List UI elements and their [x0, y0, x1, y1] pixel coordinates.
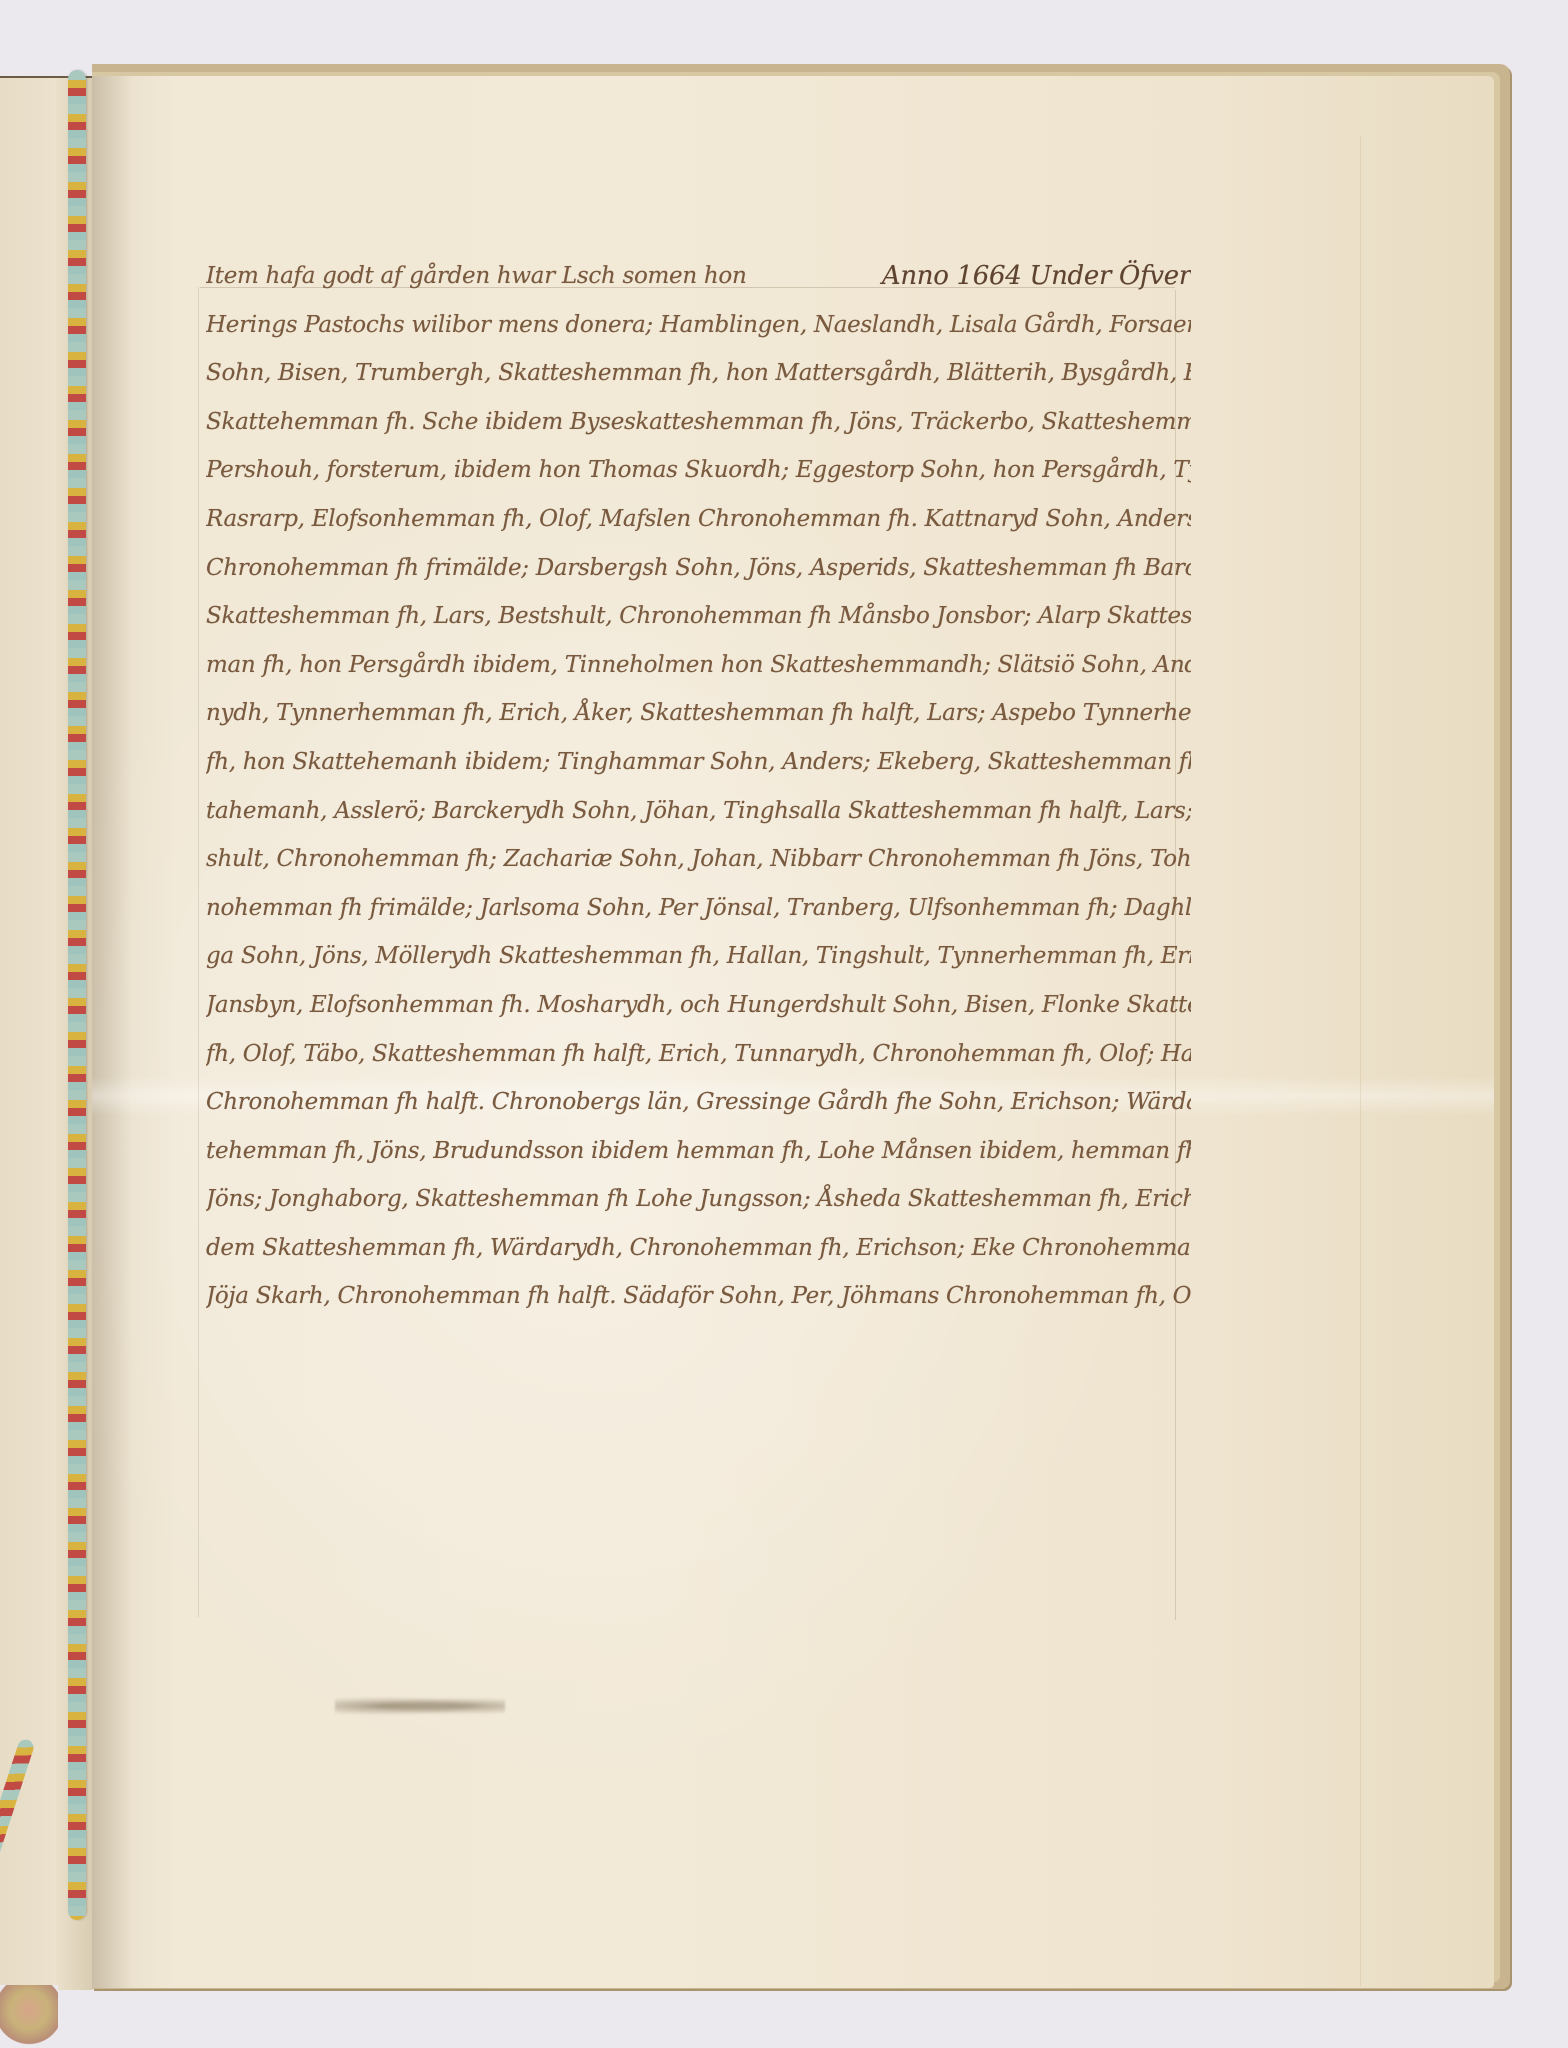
heading-right-anno: Anno 1664 Under Öfver [882, 252, 1191, 301]
text-line: nydh, Tynnerhemman fh, Erich, Åker, Skat… [206, 689, 1191, 738]
text-line: man fh, hon Persgårdh ibidem, Tinneholme… [206, 641, 1191, 690]
text-line: Sohn, Bisen, Trumbergh, Skatteshemman fh… [206, 349, 1191, 398]
ink-stain [335, 1695, 505, 1717]
cord-tassel [0, 1985, 58, 2048]
text-line: Skatteshemman fh, Lars, Bestshult, Chron… [206, 592, 1191, 641]
text-line: Jansbyn, Elofsonhemman fh. Mosharydh, oc… [206, 981, 1191, 1030]
text-line: fh, Olof, Täbo, Skatteshemman fh halft, … [206, 1030, 1191, 1079]
text-line: tehemman fh, Jöns, Brudundsson ibidem he… [206, 1127, 1191, 1176]
heading-line: Item hafa godt af gården hwar Lsch somen… [206, 252, 1191, 301]
text-line: dem Skatteshemman fh, Wärdarydh, Chronoh… [206, 1224, 1191, 1273]
text-line: shult, Chronohemman fh; Zachariæ Sohn, J… [206, 835, 1191, 884]
handwritten-text-block: Item hafa godt af gården hwar Lsch somen… [206, 252, 1191, 1321]
text-line: ga Sohn, Jöns, Möllerydh Skatteshemman f… [206, 932, 1191, 981]
ruled-margin-left [198, 287, 199, 1617]
text-line: fh, hon Skattehemanh ibidem; Tinghammar … [206, 738, 1191, 787]
text-line: Chronohemman fh halft. Chronobergs län, … [206, 1078, 1191, 1127]
text-line: Rasrarp, Elofsonhemman fh, Olof, Mafslen… [206, 495, 1191, 544]
text-line: Skattehemman fh. Sche ibidem Byseskattes… [206, 398, 1191, 447]
text-line: Pershouh, forsterum, ibidem hon Thomas S… [206, 446, 1191, 495]
binding-cord [68, 70, 86, 1920]
text-line: nohemman fh frimälde; Jarlsoma Sohn, Per… [206, 884, 1191, 933]
text-line: Jöja Skarh, Chronohemman fh halft. Sädaf… [206, 1272, 1191, 1321]
text-line: Herings Pastochs wilibor mens donera; Ha… [206, 301, 1191, 350]
scanned-book-spread: Item hafa godt af gården hwar Lsch somen… [0, 0, 1568, 2048]
text-line: tahemanh, Asslerö; Barckerydh Sohn, Jöha… [206, 787, 1191, 836]
text-line: Chronohemman fh frimälde; Darsbergsh Soh… [206, 544, 1191, 593]
heading-left: Item hafa godt af gården hwar Lsch somen… [206, 252, 746, 301]
text-line: Jöns; Jonghaborg, Skatteshemman fh Lohe … [206, 1175, 1191, 1224]
